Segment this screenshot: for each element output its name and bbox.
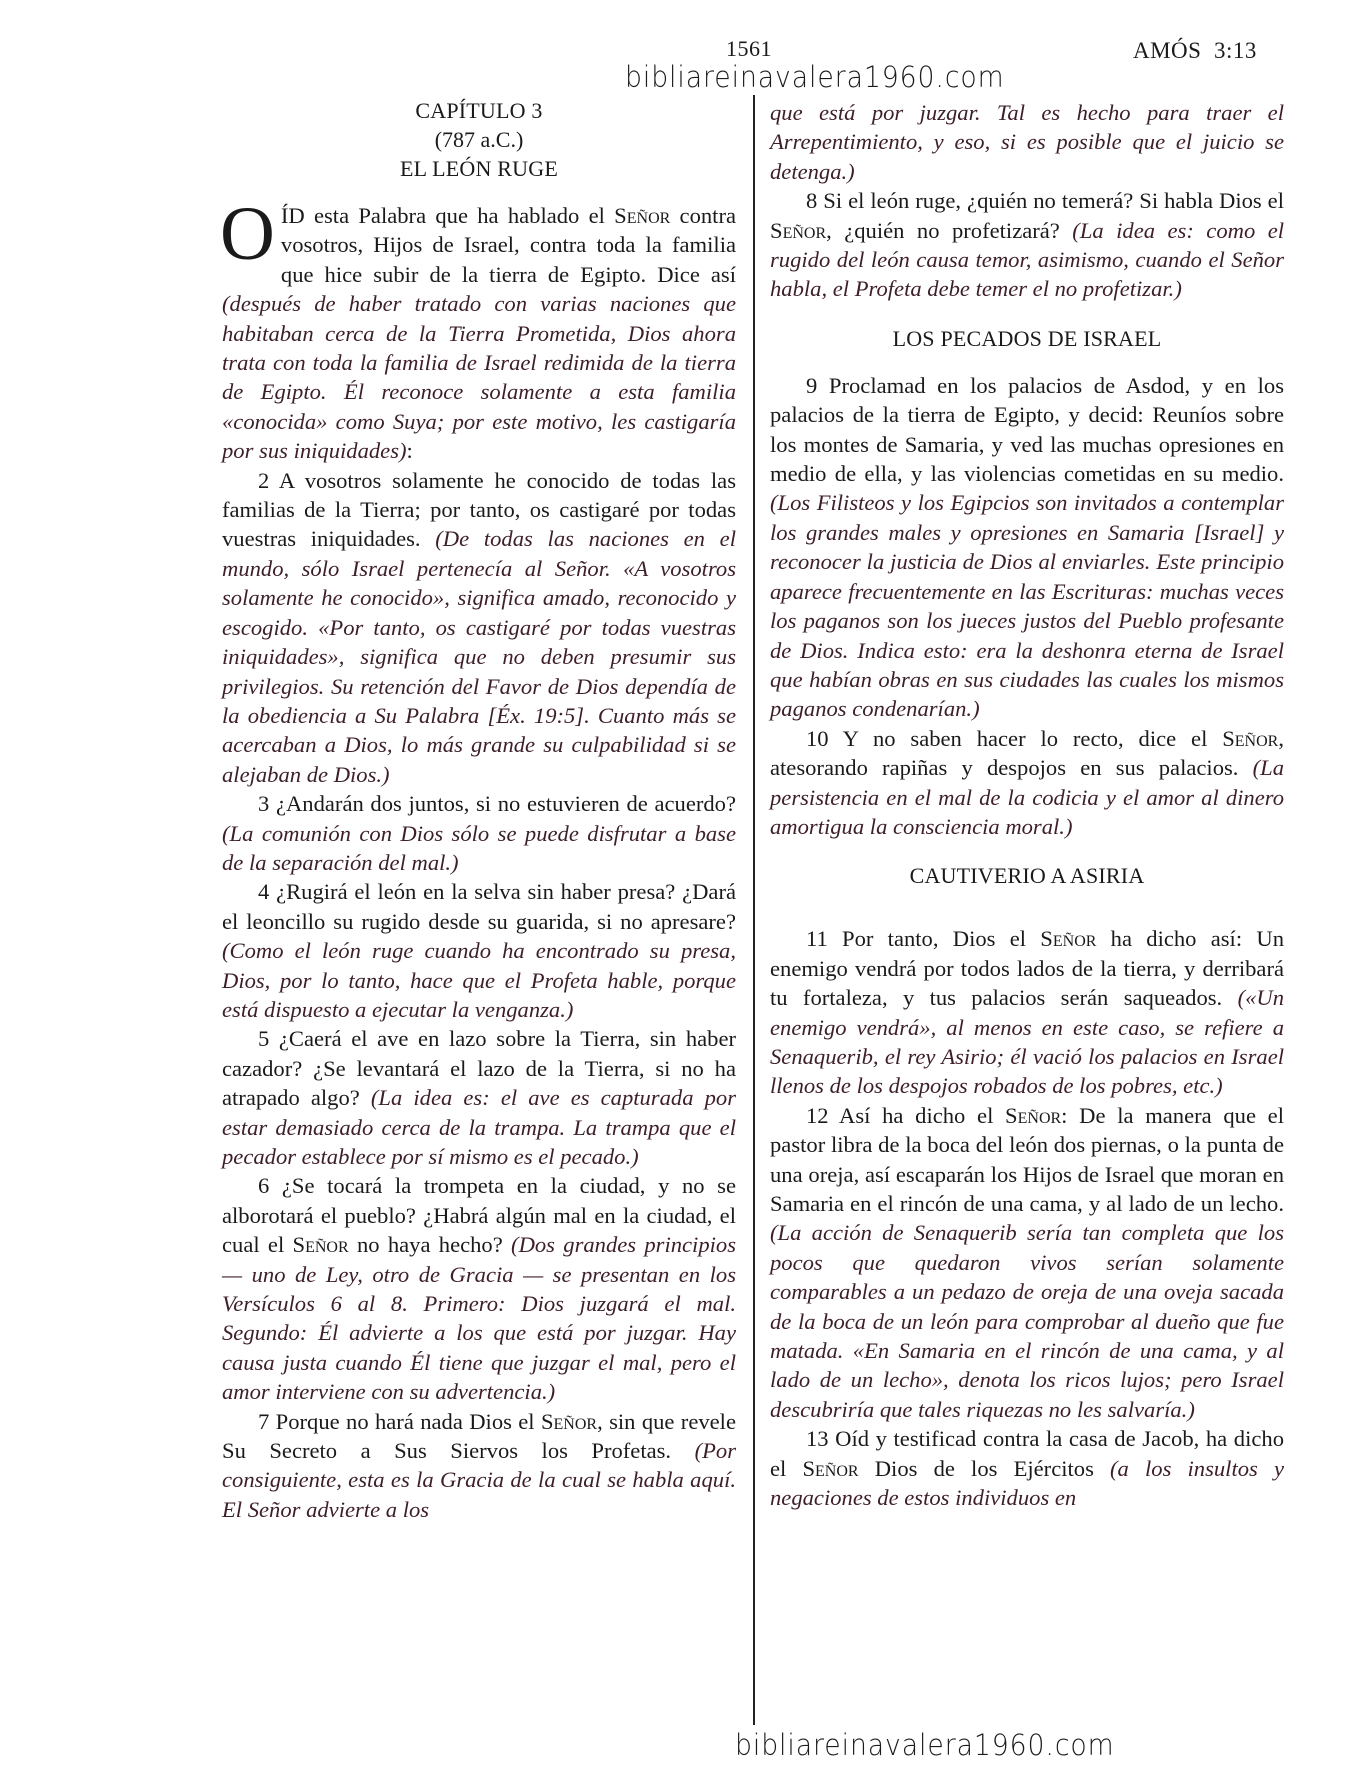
column-divider (753, 95, 755, 1725)
page-number: 1561 (726, 36, 772, 62)
verse-5: 5 ¿Caerá el ave en lazo sobre la Tierra,… (222, 1024, 736, 1171)
verse-number: 2 (258, 468, 269, 493)
verse-text: , ¿quién no profetizará? (826, 218, 1072, 243)
verse-text: Dios de los Ejércitos (859, 1456, 1110, 1481)
verse-number: 4 (258, 879, 269, 904)
chapter-title: CAPÍTULO 3 (222, 96, 736, 125)
lord-smallcaps: Señor (293, 1232, 349, 1257)
verse-number: 3 (258, 791, 269, 816)
verse-text: Por tanto, Dios el (828, 926, 1041, 951)
commentary: (La acción de Senaquerib sería tan compl… (770, 1220, 1284, 1421)
commentary: (Los Filisteos y los Egipcios son invita… (770, 490, 1284, 721)
watermark-bottom: bibliareinavalera1960.com (735, 1728, 1115, 1762)
verse-number: 8 (806, 188, 817, 213)
lord-smallcaps: Señor (1222, 726, 1278, 751)
lord-smallcaps: Señor (541, 1409, 597, 1434)
watermark-top: bibliareinavalera1960.com (625, 60, 1005, 94)
lord-smallcaps: Señor (614, 203, 670, 228)
verse-9: 9 Proclamad en los palacios de Asdod, y … (770, 371, 1284, 724)
left-column: CAPÍTULO 3 (787 a.C.) EL LEÓN RUGE OÍD e… (222, 96, 736, 1524)
verse-number: 7 (258, 1409, 269, 1434)
verse-text: ÍD esta Palabra que ha hablado el (281, 203, 614, 228)
verse-text: Y no saben hacer lo recto, dice el (829, 726, 1223, 751)
verse-text: Proclamad en los palacios de Asdod, y en… (770, 373, 1284, 486)
drop-cap: O (220, 205, 275, 263)
verse-6: 6 ¿Se tocará la trompeta en la ciudad, y… (222, 1171, 736, 1406)
verse-11: 11 Por tanto, Dios el Señor ha dicho así… (770, 924, 1284, 1100)
commentary: (después de haber tratado con varias nac… (222, 291, 736, 463)
verse-10: 10 Y no saben hacer lo recto, dice el Se… (770, 724, 1284, 842)
verse-3: 3 ¿Andarán dos juntos, si no estuvieren … (222, 789, 736, 877)
verse-number: 13 (806, 1426, 829, 1451)
lord-smallcaps: Señor (1005, 1103, 1061, 1128)
commentary: (Como el león ruge cuando ha encontrado … (222, 938, 736, 1022)
verse-number: 6 (258, 1173, 269, 1198)
verse-12: 12 Así ha dicho el Señor: De la manera q… (770, 1101, 1284, 1424)
verse-number: 5 (258, 1026, 269, 1051)
lord-smallcaps: Señor (802, 1456, 858, 1481)
verse-text: ¿Andarán dos juntos, si no estuvieren de… (269, 791, 736, 816)
verse-text: Porque no hará nada Dios el (269, 1409, 541, 1434)
lord-smallcaps: Señor (1040, 926, 1096, 951)
commentary-continuation: que está por juzgar. Tal es hecho para t… (770, 98, 1284, 186)
section-title-pecados: LOS PECADOS DE ISRAEL (770, 324, 1284, 353)
section-title: EL LEÓN RUGE (222, 154, 736, 183)
running-head: AMÓS 3:13 (1133, 38, 1257, 64)
commentary: que está por juzgar. Tal es hecho para t… (770, 100, 1284, 184)
verse-number: 11 (806, 926, 828, 951)
verse-text: Así ha dicho el (829, 1103, 1005, 1128)
verse-2: 2 A vosotros solamente he conocido de to… (222, 466, 736, 789)
verse-1: OÍD esta Palabra que ha hablado el Señor… (222, 201, 736, 466)
commentary: (La comunión con Dios sólo se puede disf… (222, 821, 736, 875)
verse-8: 8 Si el león ruge, ¿quién no temerá? Si … (770, 186, 1284, 304)
commentary: (De todas las naciones en el mundo, sólo… (222, 526, 736, 786)
verse-number: 12 (806, 1103, 829, 1128)
lord-smallcaps: Señor (770, 218, 826, 243)
verse-13: 13 Oíd y testificad contra la casa de Ja… (770, 1424, 1284, 1512)
verse-text: Si el león ruge, ¿quién no temerá? Si ha… (817, 188, 1284, 213)
verse-text: : (407, 438, 413, 463)
verse-number: 10 (806, 726, 829, 751)
verse-7: 7 Porque no hará nada Dios el Señor, sin… (222, 1407, 736, 1525)
verse-text: no haya hecho? (349, 1232, 511, 1257)
verse-4: 4 ¿Rugirá el león en la selva sin haber … (222, 877, 736, 1024)
commentary: (Dos grandes principios — uno de Ley, ot… (222, 1232, 736, 1404)
section-title-cautiverio: CAUTIVERIO A ASIRIA (770, 861, 1284, 890)
chapter-date: (787 a.C.) (222, 125, 736, 154)
verse-number: 9 (806, 373, 817, 398)
right-column: que está por juzgar. Tal es hecho para t… (770, 98, 1284, 1512)
verse-text: ¿Rugirá el león en la selva sin haber pr… (222, 879, 736, 933)
